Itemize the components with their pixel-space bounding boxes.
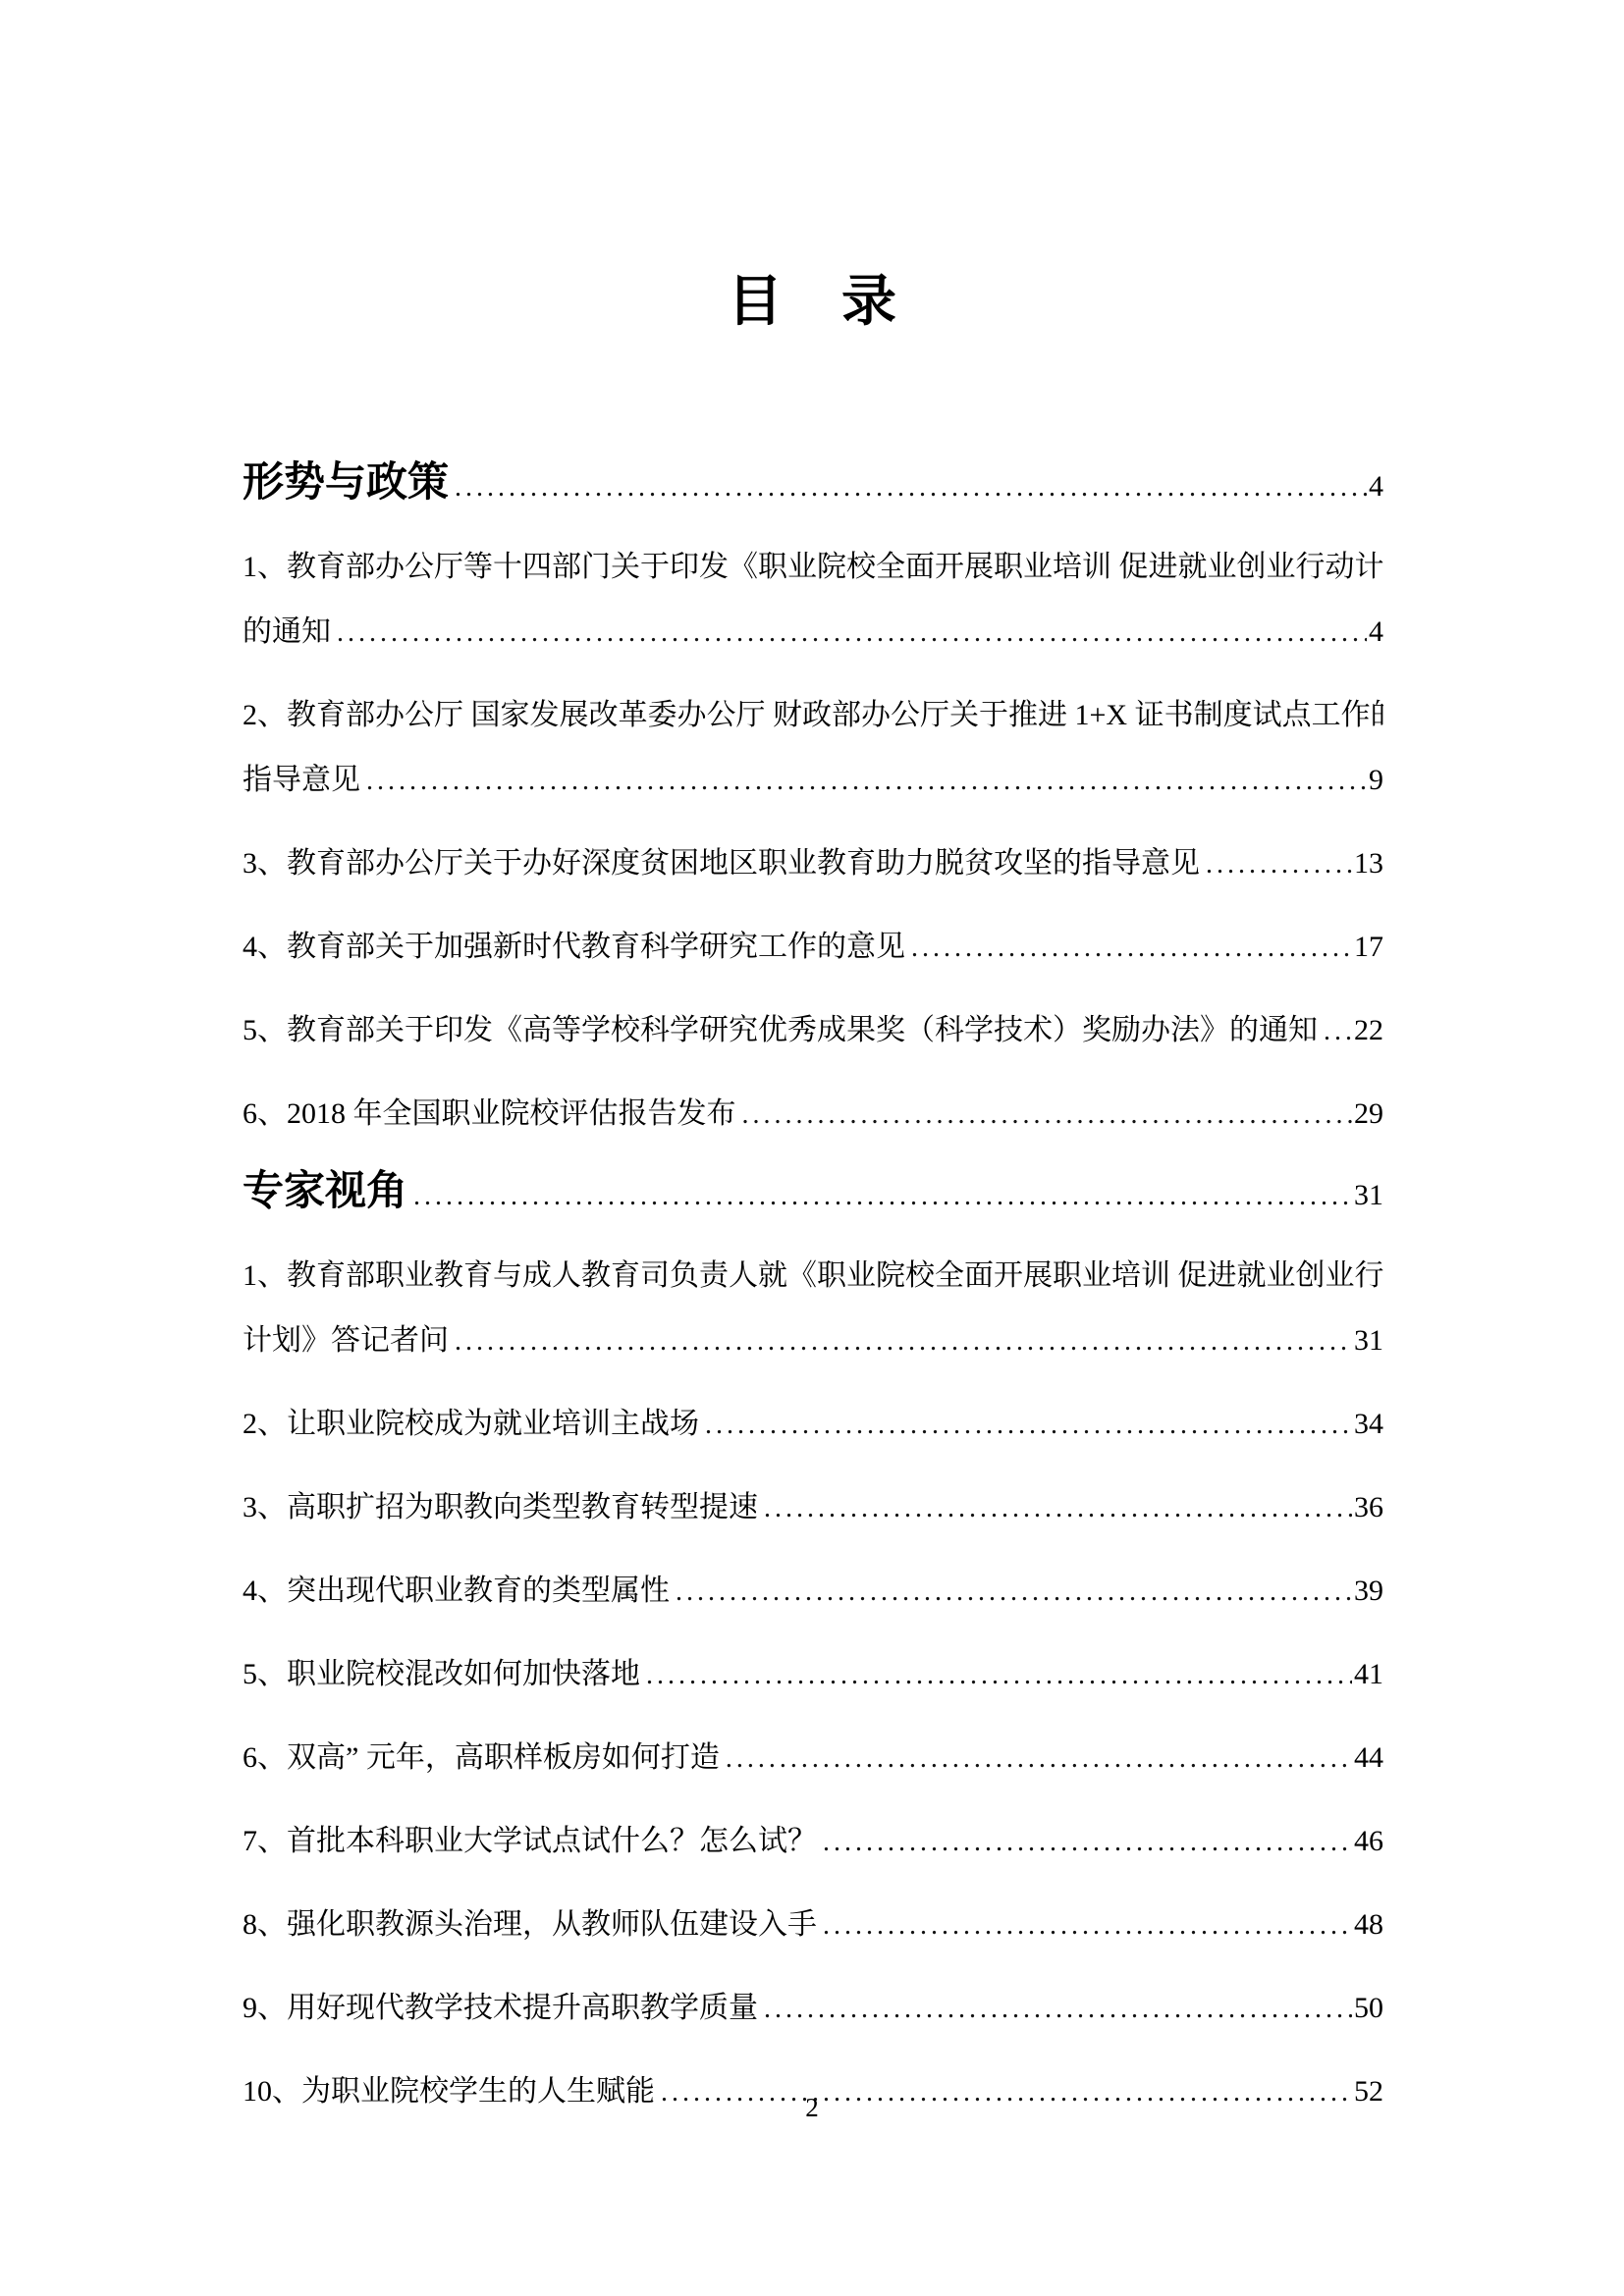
toc-entry[interactable]: 6、双高” 元年，高职样板房如何打造......................… bbox=[243, 1726, 1383, 1791]
toc-entry-row: 的通知.....................................… bbox=[243, 600, 1383, 666]
toc-entry-text: 3、高职扩招为职教向类型教育转型提速 bbox=[243, 1475, 758, 1540]
toc-entry[interactable]: 4、教育部关于加强新时代教育科学研究工作的意见.................… bbox=[243, 915, 1383, 981]
dot-leader: ........................................… bbox=[413, 1171, 1352, 1222]
dot-leader: ........................................… bbox=[646, 1643, 1352, 1708]
toc-entry-row: 4、突出现代职业教育的类型属性.........................… bbox=[243, 1559, 1383, 1625]
toc-entry-row: 7、首批本科职业大学试点试什么？怎么试？....................… bbox=[243, 1809, 1383, 1875]
toc-entry[interactable]: 7、首批本科职业大学试点试什么？怎么试？....................… bbox=[243, 1809, 1383, 1875]
toc-entry-text: 指导意见 bbox=[243, 748, 360, 813]
entry-page-number: 13 bbox=[1354, 831, 1383, 896]
toc-entry-text: 7、首批本科职业大学试点试什么？怎么试？ bbox=[243, 1809, 817, 1874]
dot-leader: ........................................… bbox=[337, 601, 1367, 666]
dot-leader: ........................................… bbox=[366, 749, 1367, 814]
toc-entry-row: 指导意见....................................… bbox=[243, 748, 1383, 814]
dot-leader: ........................................… bbox=[1324, 999, 1352, 1064]
toc-entry[interactable]: 9、用好现代教学技术提升高职教学质量......................… bbox=[243, 1976, 1383, 2042]
toc-entry-text: 3、教育部办公厅关于办好深度贫困地区职业教育助力脱贫攻坚的指导意见 bbox=[243, 831, 1200, 896]
toc-entry[interactable]: 4、突出现代职业教育的类型属性.........................… bbox=[243, 1559, 1383, 1625]
toc-entry-text: 4、教育部关于加强新时代教育科学研究工作的意见 bbox=[243, 915, 905, 980]
dot-leader: ........................................… bbox=[823, 1894, 1352, 1958]
toc-entry-row: 3、教育部办公厅关于办好深度贫困地区职业教育助力脱贫攻坚的指导意见.......… bbox=[243, 831, 1383, 897]
toc-entry-text: 6、2018 年全国职业院校评估报告发布 bbox=[243, 1082, 736, 1147]
toc-entry-text-line1: 1、教育部职业教育与成人教育司负责人就《职业院校全面开展职业培训 促进就业创业行… bbox=[243, 1244, 1383, 1308]
dot-leader: ........................................… bbox=[823, 1810, 1352, 1875]
dot-leader: ........................................… bbox=[764, 1476, 1352, 1541]
toc-entry-row: 4、教育部关于加强新时代教育科学研究工作的意见.................… bbox=[243, 915, 1383, 981]
toc-entry-text-line1: 1、教育部办公厅等十四部门关于印发《职业院校全面开展职业培训 促进就业创业行动计… bbox=[243, 535, 1383, 600]
toc-entry-text: 5、职业院校混改如何加快落地 bbox=[243, 1642, 640, 1707]
toc-entry-row: 6、双高” 元年，高职样板房如何打造......................… bbox=[243, 1726, 1383, 1791]
entry-page-number: 39 bbox=[1354, 1559, 1383, 1624]
toc-entry-row: 9、用好现代教学技术提升高职教学质量......................… bbox=[243, 1976, 1383, 2042]
dot-leader: ........................................… bbox=[911, 916, 1352, 981]
dot-leader: ........................................… bbox=[742, 1083, 1353, 1148]
toc-entry[interactable]: 1、教育部职业教育与成人教育司负责人就《职业院校全面开展职业培训 促进就业创业行… bbox=[243, 1244, 1383, 1374]
entry-page-number: 4 bbox=[1369, 600, 1383, 665]
section-heading-row[interactable]: 专家视角....................................… bbox=[243, 1165, 1383, 1222]
toc-entry[interactable]: 8、强化职教源头治理，从教师队伍建设入手....................… bbox=[243, 1893, 1383, 1958]
entry-page-number: 9 bbox=[1369, 748, 1383, 813]
toc-entry-row: 6、2018 年全国职业院校评估报告发布....................… bbox=[243, 1082, 1383, 1148]
toc-entry[interactable]: 1、教育部办公厅等十四部门关于印发《职业院校全面开展职业培训 促进就业创业行动计… bbox=[243, 535, 1383, 666]
toc-entry-row: 8、强化职教源头治理，从教师队伍建设入手....................… bbox=[243, 1893, 1383, 1958]
entry-page-number: 34 bbox=[1354, 1392, 1383, 1457]
toc-entry-text: 2、让职业院校成为就业培训主战场 bbox=[243, 1392, 699, 1457]
dot-leader: ........................................… bbox=[455, 462, 1367, 513]
dot-leader: ........................................… bbox=[455, 1309, 1352, 1374]
page-title: 目 录 bbox=[243, 267, 1383, 336]
dot-leader: ........................................… bbox=[676, 1560, 1352, 1625]
dot-leader: ........................................… bbox=[726, 1727, 1352, 1791]
section-page-number: 4 bbox=[1369, 461, 1383, 512]
entry-page-number: 41 bbox=[1354, 1642, 1383, 1707]
toc-list: 形势与政策...................................… bbox=[243, 456, 1383, 2125]
page-number-footer: 2 bbox=[0, 2093, 1624, 2123]
entry-page-number: 44 bbox=[1354, 1726, 1383, 1790]
section-page-number: 31 bbox=[1354, 1170, 1383, 1221]
entry-page-number: 31 bbox=[1354, 1308, 1383, 1373]
section-heading-row[interactable]: 形势与政策...................................… bbox=[243, 456, 1383, 513]
toc-entry-row: 5、教育部关于印发《高等学校科学研究优秀成果奖（科学技术）奖励办法》的通知...… bbox=[243, 998, 1383, 1064]
section-heading-label: 专家视角 bbox=[243, 1165, 407, 1216]
toc-content: 目 录 形势与政策...............................… bbox=[243, 267, 1383, 2143]
toc-entry-row: 2、让职业院校成为就业培训主战场........................… bbox=[243, 1392, 1383, 1458]
dot-leader: ........................................… bbox=[764, 1977, 1352, 2042]
toc-entry[interactable]: 6、2018 年全国职业院校评估报告发布....................… bbox=[243, 1082, 1383, 1148]
entry-page-number: 36 bbox=[1354, 1475, 1383, 1540]
section-heading-label: 形势与政策 bbox=[243, 456, 449, 507]
toc-entry-row: 计划》答记者问.................................… bbox=[243, 1308, 1383, 1374]
toc-entry-row: 5、职业院校混改如何加快落地..........................… bbox=[243, 1642, 1383, 1708]
toc-entry[interactable]: 2、让职业院校成为就业培训主战场........................… bbox=[243, 1392, 1383, 1458]
document-page: 目 录 形势与政策...............................… bbox=[0, 0, 1624, 2296]
toc-entry-text: 6、双高” 元年，高职样板房如何打造 bbox=[243, 1726, 720, 1790]
toc-entry[interactable]: 2、教育部办公厅 国家发展改革委办公厅 财政部办公厅关于推进 1+X 证书制度试… bbox=[243, 683, 1383, 814]
toc-entry-text: 的通知 bbox=[243, 600, 331, 665]
entry-page-number: 46 bbox=[1354, 1809, 1383, 1874]
toc-entry-text-line1: 2、教育部办公厅 国家发展改革委办公厅 财政部办公厅关于推进 1+X 证书制度试… bbox=[243, 683, 1383, 748]
toc-entry-text: 5、教育部关于印发《高等学校科学研究优秀成果奖（科学技术）奖励办法》的通知 bbox=[243, 998, 1318, 1063]
entry-page-number: 29 bbox=[1354, 1082, 1383, 1147]
dot-leader: ........................................… bbox=[1206, 832, 1352, 897]
toc-entry-text: 8、强化职教源头治理，从教师队伍建设入手 bbox=[243, 1893, 817, 1957]
toc-entry-text: 计划》答记者问 bbox=[243, 1308, 449, 1373]
entry-page-number: 50 bbox=[1354, 1976, 1383, 2041]
entry-page-number: 22 bbox=[1354, 998, 1383, 1063]
entry-page-number: 17 bbox=[1354, 915, 1383, 980]
dot-leader: ........................................… bbox=[705, 1393, 1352, 1458]
toc-entry[interactable]: 5、职业院校混改如何加快落地..........................… bbox=[243, 1642, 1383, 1708]
entry-page-number: 48 bbox=[1354, 1893, 1383, 1957]
toc-entry-text: 9、用好现代教学技术提升高职教学质量 bbox=[243, 1976, 758, 2041]
toc-entry[interactable]: 3、教育部办公厅关于办好深度贫困地区职业教育助力脱贫攻坚的指导意见.......… bbox=[243, 831, 1383, 897]
toc-entry[interactable]: 3、高职扩招为职教向类型教育转型提速......................… bbox=[243, 1475, 1383, 1541]
toc-entry[interactable]: 5、教育部关于印发《高等学校科学研究优秀成果奖（科学技术）奖励办法》的通知...… bbox=[243, 998, 1383, 1064]
toc-entry-row: 3、高职扩招为职教向类型教育转型提速......................… bbox=[243, 1475, 1383, 1541]
toc-entry-text: 4、突出现代职业教育的类型属性 bbox=[243, 1559, 670, 1624]
